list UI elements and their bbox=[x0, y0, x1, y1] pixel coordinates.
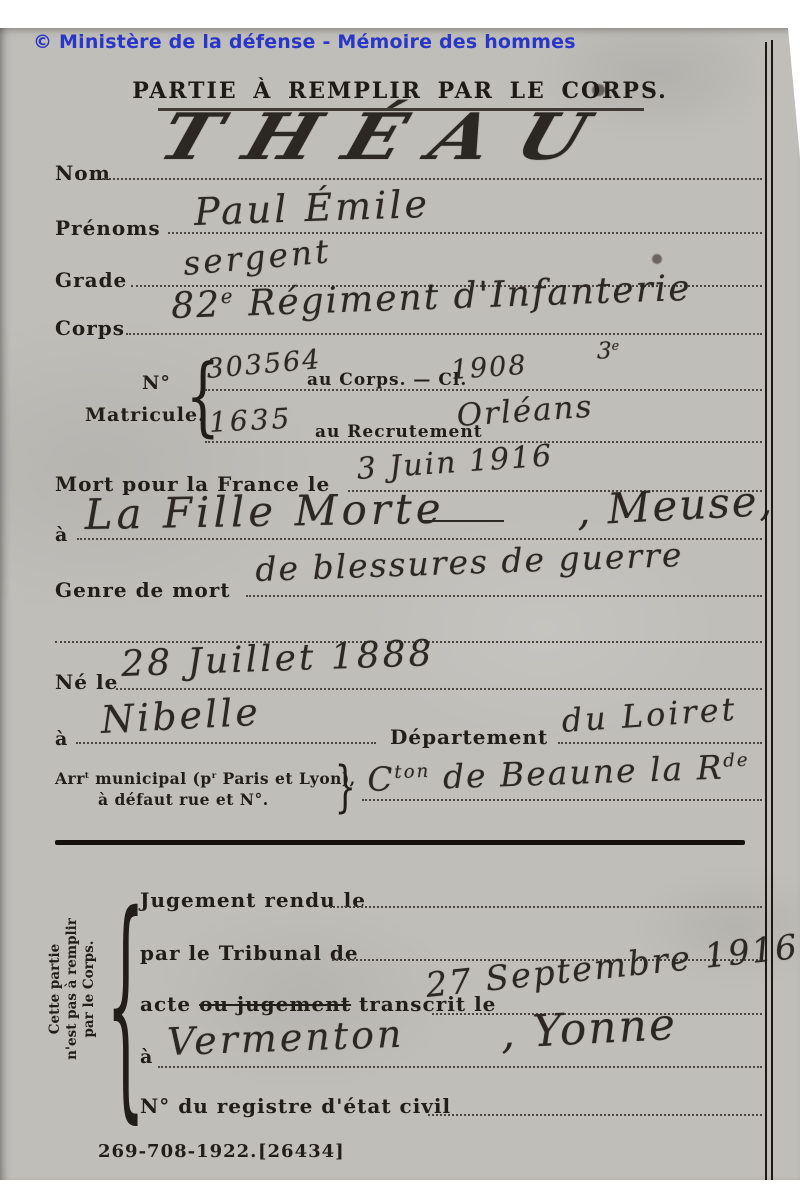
arrondissement-label-line2: à défaut rue et N°. bbox=[98, 790, 269, 809]
matricule-corps-number: 303564 bbox=[205, 344, 322, 385]
jugement-rendu-dotted-line bbox=[330, 906, 762, 908]
matricule-label-numero: N° bbox=[142, 372, 171, 394]
au-corps-label: au Corps. — Cl. bbox=[307, 370, 467, 390]
arrondissement-brace: } bbox=[335, 754, 356, 821]
lieu-recrutement-value: Orléans bbox=[455, 389, 594, 434]
page-border-line-inner bbox=[765, 42, 767, 1180]
lieu-mort-value: La Fille Morte bbox=[84, 484, 445, 539]
transcrit-date-value: 27 Septembre 1916 bbox=[424, 927, 800, 1006]
lieu-naissance-dotted-line bbox=[76, 742, 376, 744]
jugement-rendu-label: Jugement rendu le bbox=[140, 888, 366, 912]
registre-label: N° du registre d'état civil bbox=[140, 1094, 451, 1118]
empty-dotted-line-right bbox=[385, 641, 762, 643]
jugement-lieu-value: Vermenton bbox=[166, 1012, 405, 1064]
lieu-mort-departement: , Meuse, bbox=[575, 476, 775, 535]
print-reference: 269-708-1922. bbox=[98, 1141, 257, 1162]
genre-mort-value: de blessures de guerre bbox=[255, 535, 684, 589]
prenoms-label: Prénoms bbox=[55, 216, 161, 240]
mort-date-value: 3 Juin 1916 bbox=[356, 438, 555, 487]
matricule-line1-dotted bbox=[205, 389, 762, 391]
scanned-record-card: © Ministère de la défense - Mémoire des … bbox=[0, 28, 800, 1180]
viewer-background: © Ministère de la défense - Mémoire des … bbox=[0, 0, 800, 1201]
prenoms-value: Paul Émile bbox=[193, 182, 430, 234]
section-divider-rule bbox=[55, 840, 745, 845]
lieu-mort-label: à bbox=[55, 524, 68, 546]
departement-dotted-line bbox=[558, 742, 762, 744]
arrondissement-label-line1: Arrt municipal (pr Paris et Lyon), bbox=[55, 769, 356, 788]
departement-label: Département bbox=[390, 725, 548, 749]
side-note-line1: Cette partie bbox=[47, 877, 64, 1101]
registre-dotted-line bbox=[428, 1114, 762, 1116]
struck-word: ou jugement bbox=[199, 992, 351, 1016]
genre-mort-label: Genre de mort bbox=[55, 578, 231, 602]
corps-dotted-line bbox=[126, 333, 762, 335]
scan-corner-gap bbox=[788, 28, 800, 158]
lieu-naissance-label: à bbox=[55, 728, 68, 750]
page-border-line-outer bbox=[771, 40, 773, 1180]
nom-dotted-line bbox=[102, 178, 762, 180]
corps-label: Corps bbox=[55, 316, 125, 340]
departement-value: du Loiret bbox=[560, 690, 738, 740]
side-note-line2: n'est pas à remplir bbox=[64, 877, 81, 1101]
corps-annotation: 3e bbox=[597, 338, 619, 365]
arrondissement-value: Cton de Beaune la Rde bbox=[367, 747, 751, 799]
jugement-lieu-label: à bbox=[140, 1046, 153, 1068]
matricule-recrutement-number: 1635 bbox=[208, 402, 293, 439]
grade-label: Grade bbox=[55, 268, 127, 292]
copyright-watermark: © Ministère de la défense - Mémoire des … bbox=[33, 31, 576, 53]
classe-value: 1908 bbox=[450, 350, 529, 386]
handwritten-dash bbox=[422, 520, 504, 522]
grade-value: sergent bbox=[182, 231, 333, 283]
side-note-line3: par le Corps. bbox=[81, 877, 98, 1101]
jugement-departement-value: , Yonne bbox=[499, 999, 678, 1059]
series-number: [26434] bbox=[258, 1141, 345, 1162]
arrondissement-dotted-line bbox=[362, 799, 762, 801]
nom-value: THÉAU bbox=[150, 100, 626, 175]
jugement-lieu-dotted-line bbox=[158, 1066, 762, 1068]
side-note-vertical: Cette partie n'est pas à remplir par le … bbox=[47, 877, 101, 1101]
naissance-label: Né le bbox=[55, 670, 118, 694]
nom-label: Nom bbox=[55, 161, 111, 185]
ink-spot bbox=[652, 254, 662, 264]
tribunal-label: par le Tribunal de bbox=[140, 941, 359, 965]
lieu-naissance-value: Nibelle bbox=[100, 690, 262, 742]
prenoms-dotted-line bbox=[168, 232, 762, 234]
naissance-dotted-line bbox=[116, 688, 762, 690]
genre-mort-dotted-line bbox=[246, 595, 762, 597]
ink-spot bbox=[592, 84, 605, 96]
